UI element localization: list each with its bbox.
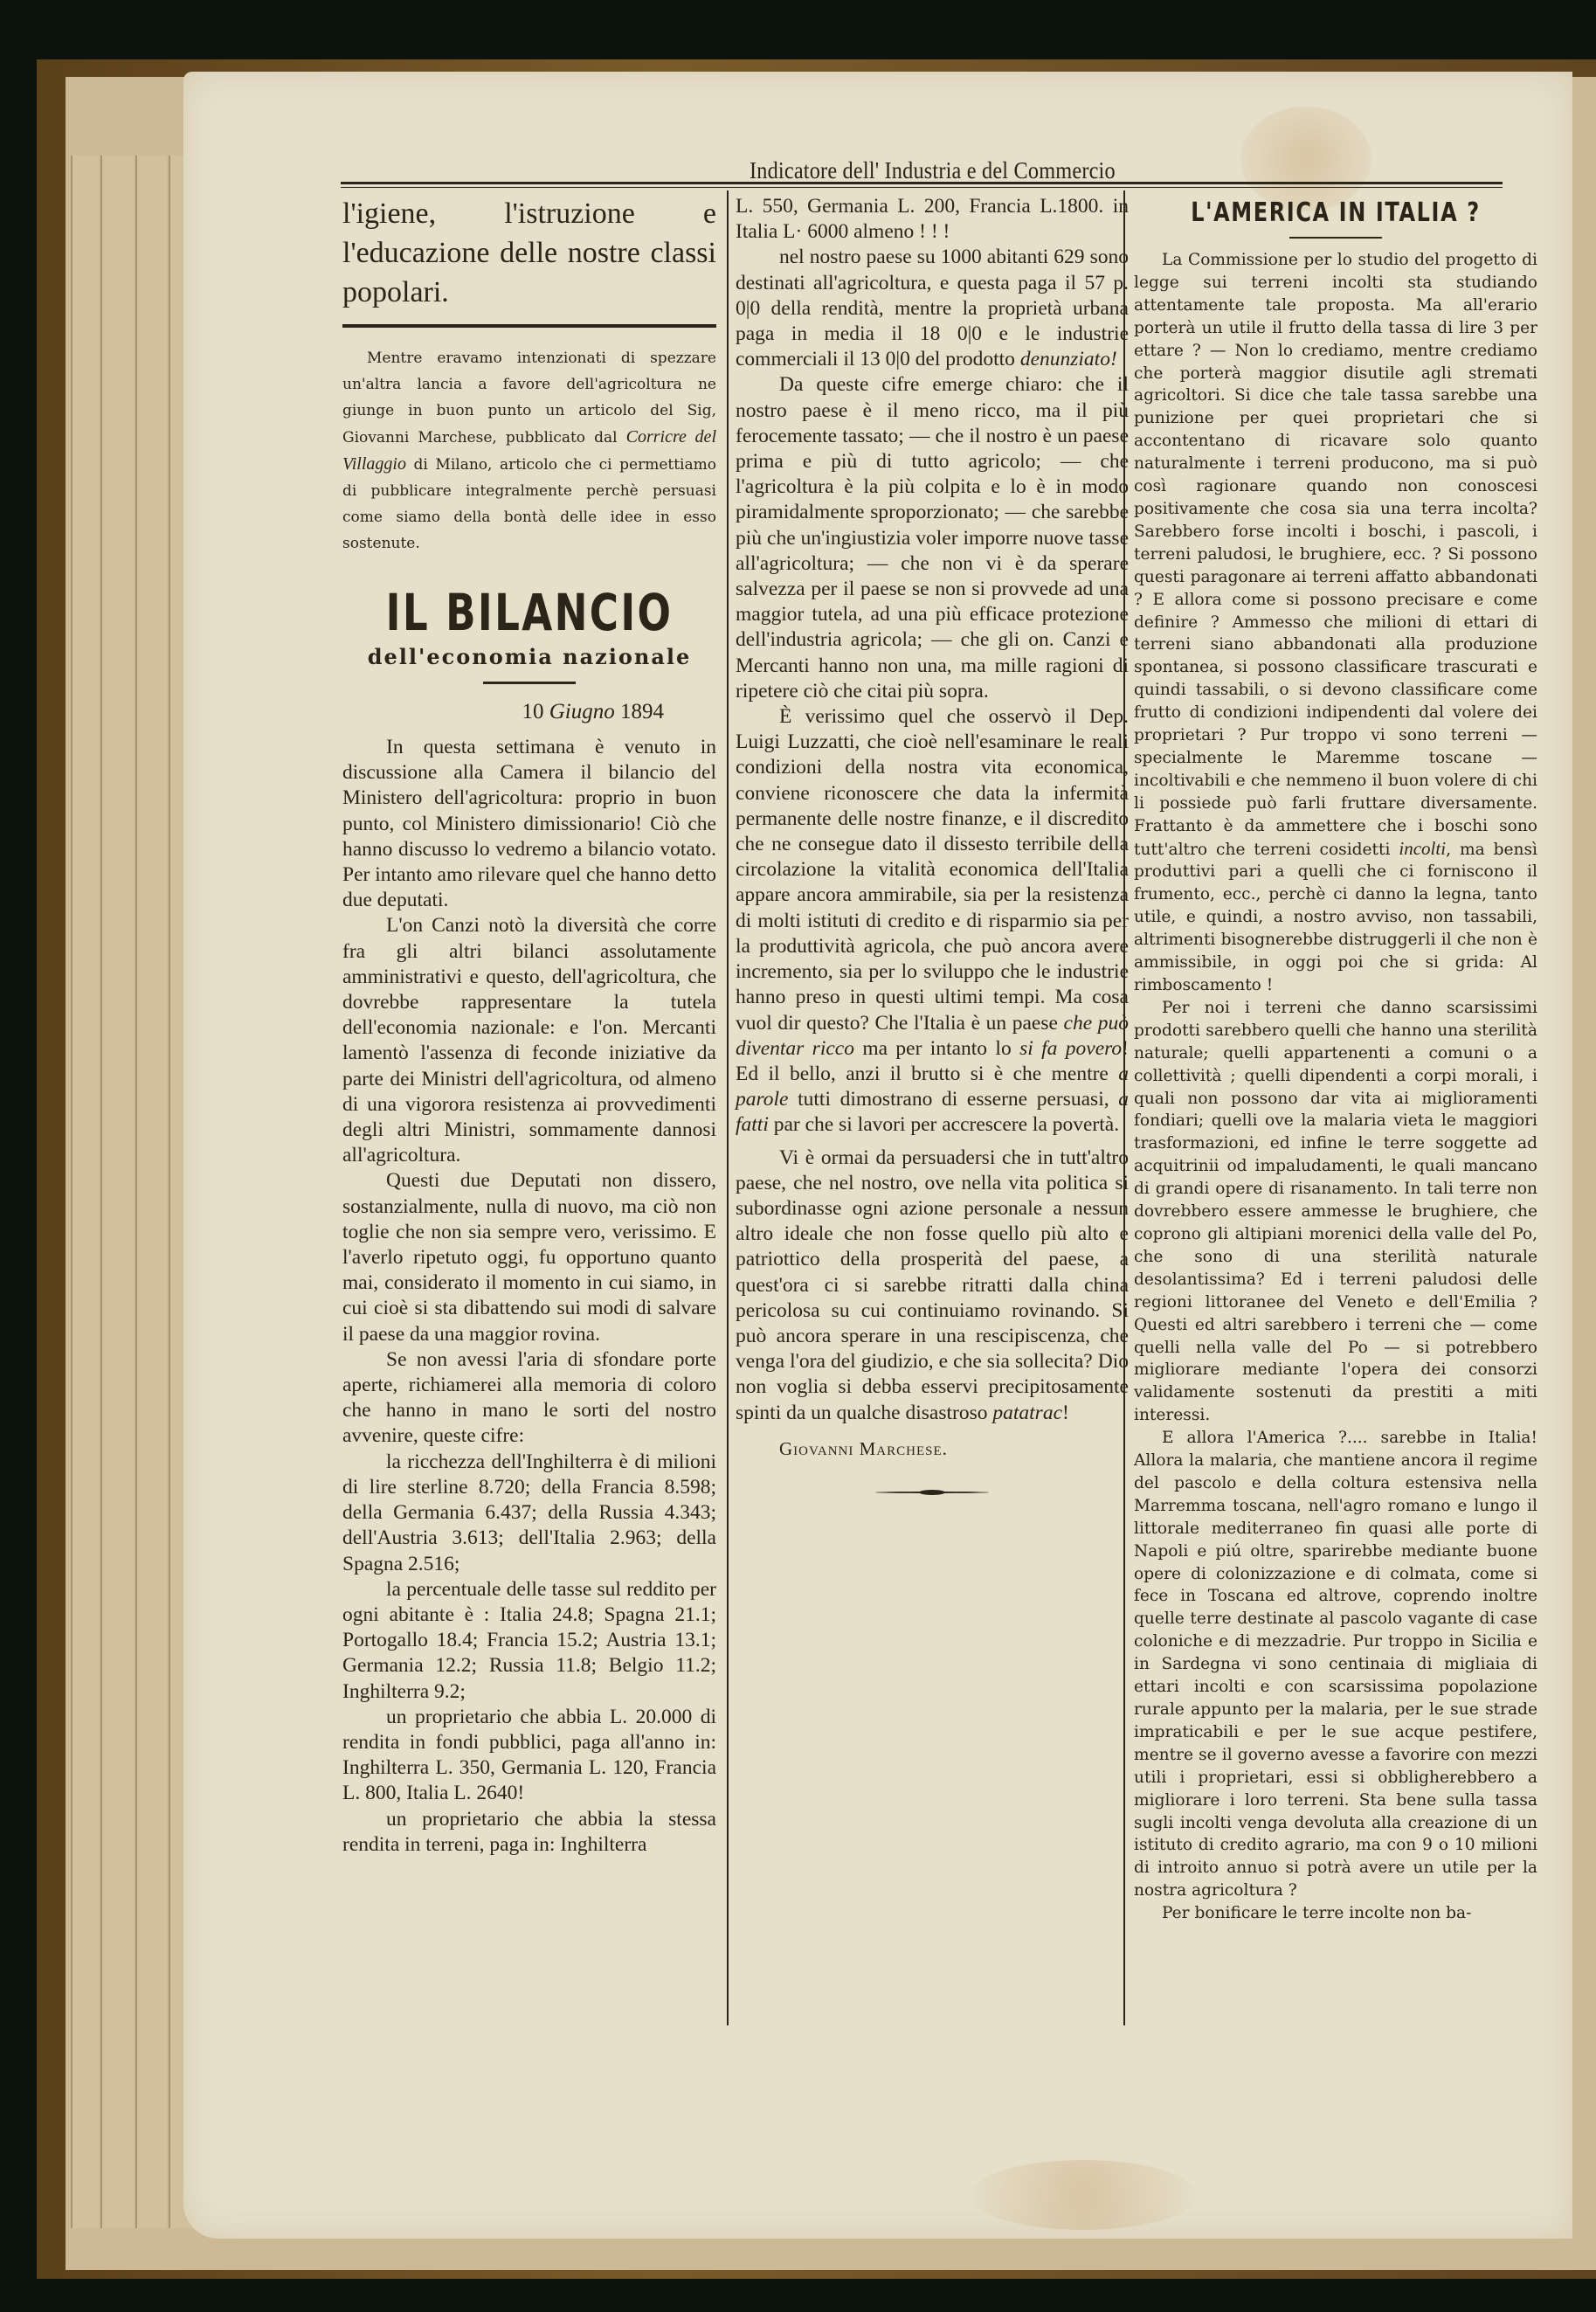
article-subheadline: dell'economia nazionale: [342, 644, 716, 669]
italic-text: si fa povero: [1019, 1037, 1122, 1060]
paragraph: È verissimo quel che osservò il Dep. Lui…: [736, 704, 1129, 1138]
date-month: Giugno: [549, 700, 615, 723]
paragraph-text: tutti dimostrano di esserne persuasi,: [788, 1088, 1118, 1111]
article-headline: IL BILANCIO: [383, 583, 675, 642]
paragraph: L. 550, Germania L. 200, Francia L.1800.…: [736, 194, 1129, 245]
paragraph: un proprietario che abbia la stessa rend…: [342, 1807, 716, 1858]
article-headline: L'AMERICA IN ITALIA ?: [1174, 197, 1497, 228]
column-2: L. 550, Germania L. 200, Francia L.1800.…: [736, 194, 1129, 1497]
column-divider: [727, 190, 729, 2025]
paragraph-text: È verissimo quel che osservò il Dep. Lui…: [736, 705, 1129, 1034]
paragraph: Vi è ormai da persuadersi che in tutt'al…: [736, 1146, 1129, 1426]
paragraph: L'on Canzi notò la diversità che corre f…: [342, 913, 716, 1168]
article-body: In questa settimana è venuto in discussi…: [342, 735, 716, 1858]
title-rule: [1289, 237, 1382, 239]
paragraph: Questi due Deputati non dissero, sostanz…: [342, 1168, 716, 1346]
title-rule: [483, 682, 576, 684]
continued-lead-text: l'igiene, l'istruzione e l'educazione de…: [342, 194, 716, 312]
italic-text: patatrac: [992, 1402, 1062, 1424]
paragraph: Da queste cifre emerge chiaro: che il no…: [736, 372, 1129, 704]
paragraph-text: ma per intanto lo: [854, 1037, 1019, 1060]
paragraph-text: La Commissione per lo studio del progett…: [1134, 251, 1537, 859]
paragraph: Se non avessi l'aria di sfondare porte a…: [342, 1347, 716, 1450]
page-edge: [100, 156, 134, 2228]
end-ornament: [875, 1488, 989, 1497]
column-1: l'igiene, l'istruzione e l'educazione de…: [342, 194, 716, 1858]
paragraph: Per bonificare le terre incolte non ba-: [1134, 1902, 1537, 1925]
dateline: 10 Giugno 1894: [342, 700, 664, 724]
article-body: La Commissione per lo studio del progett…: [1134, 249, 1537, 1925]
page-edge: [71, 156, 99, 2228]
paragraph-text: , ma bensì produttivi pari a quelli che …: [1134, 841, 1537, 994]
italic-text: incolti: [1399, 838, 1446, 859]
date-day: 10: [522, 700, 544, 723]
paragraph: E allora l'America ?.... sarebbe in Ital…: [1134, 1427, 1537, 1902]
editor-note: Mentre eravamo intenzionati di spezzare …: [342, 345, 716, 557]
paragraph: nel nostro paese su 1000 abitanti 629 so…: [736, 245, 1129, 372]
italic-text: denunziato!: [1020, 348, 1117, 370]
header-rule: [341, 182, 1503, 188]
page-edge: [135, 156, 167, 2228]
paper-stain: [970, 2160, 1197, 2230]
section-rule: [342, 324, 716, 328]
article-body-continued: L. 550, Germania L. 200, Francia L.1800.…: [736, 194, 1129, 1462]
paragraph-text: !: [1062, 1402, 1069, 1424]
paragraph: la ricchezza dell'Inghilterra è di milio…: [342, 1450, 716, 1577]
paragraph: la percentuale delle tasse sul reddito p…: [342, 1577, 716, 1705]
paragraph: Per noi i terreni che danno scarsissimi …: [1134, 997, 1537, 1427]
paragraph-text: Vi è ormai da persuadersi che in tutt'al…: [736, 1146, 1129, 1424]
paragraph-text: par che si lavori per accrescere la pove…: [769, 1113, 1119, 1136]
running-head: Indicatore dell' Industria e del Commerc…: [750, 157, 1116, 184]
column-3: L'AMERICA IN ITALIA ? La Commissione per…: [1134, 194, 1537, 1925]
paragraph: La Commissione per lo studio del progett…: [1134, 249, 1537, 997]
paragraph: un proprietario che abbia L. 20.000 di r…: [342, 1705, 716, 1807]
paragraph: In questa settimana è venuto in discussi…: [342, 735, 716, 913]
date-year: 1894: [620, 700, 664, 723]
author-signature: Giovanni Marchese.: [736, 1436, 1129, 1462]
